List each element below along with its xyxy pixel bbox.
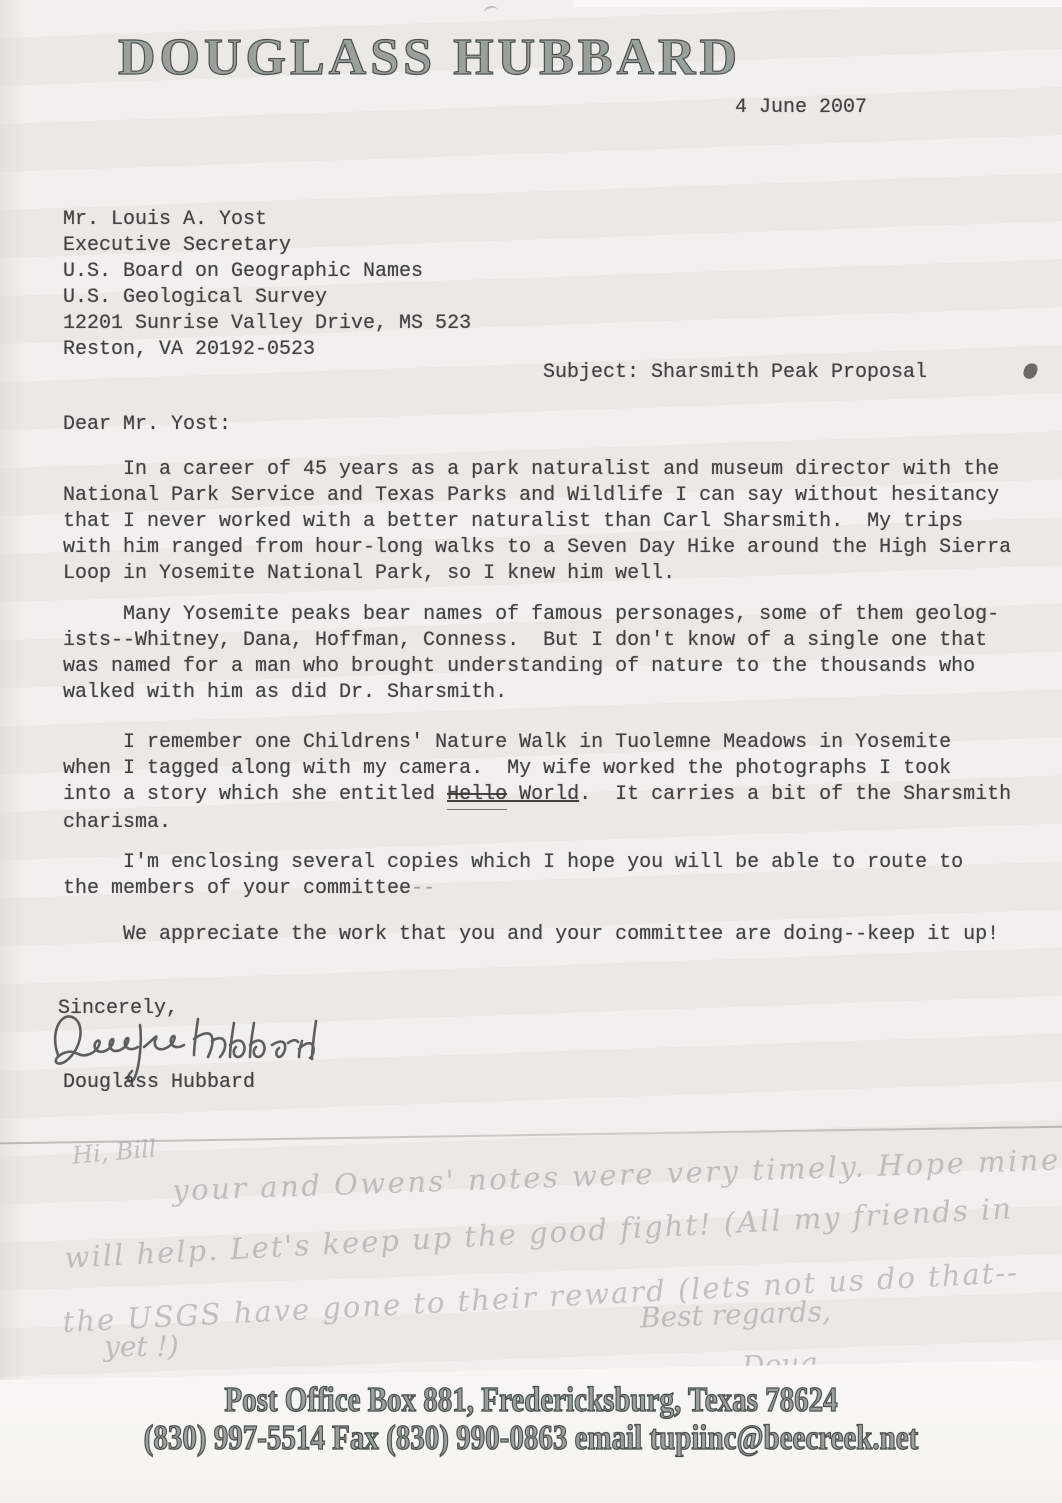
typed-signature-name: Douglass Hubbard	[63, 1070, 255, 1096]
salutation: Dear Mr. Yost:	[63, 412, 231, 438]
paragraph-enclosing: I'm enclosing several copies which I hop…	[63, 850, 963, 902]
letterhead-name: DOUGLASS HUBBARD	[118, 28, 741, 87]
pencil-note-greeting: Hi, Bill	[71, 1134, 158, 1169]
paper-crease-line	[0, 1125, 1062, 1144]
paragraph-peaks: Many Yosemite peaks bear names of famous…	[63, 602, 999, 706]
pencil-note-line4: the USGS have gone to their reward (lets…	[62, 1255, 1020, 1339]
subject-line: Subject: Sharsmith Peak Proposal	[543, 360, 927, 386]
letter-date: 4 June 2007	[735, 95, 867, 121]
scan-smudge-mark	[483, 5, 499, 19]
paragraph-enclosing-text: I'm enclosing several copies which I hop…	[63, 851, 963, 900]
strikethrough-word-hello: Hello	[447, 782, 507, 810]
underlined-word-world: World	[507, 783, 579, 806]
paragraph-career: In a career of 45 years as a park natura…	[63, 457, 1011, 587]
scan-edge-sliver	[573, 0, 1062, 7]
paragraph-nature-walk: I remember one Childrens' Nature Walk in…	[63, 730, 1011, 836]
footer-address: Post Office Box 881, Fredericksburg, Tex…	[0, 1380, 1062, 1420]
faded-dash-mark: --	[411, 877, 435, 900]
scanned-letter-page: DOUGLASS HUBBARD 4 June 2007 Mr. Louis A…	[0, 0, 1062, 1503]
paragraph-appreciate: We appreciate the work that you and your…	[63, 922, 999, 948]
footer-letterhead-band: Post Office Box 881, Fredericksburg, Tex…	[0, 1356, 1062, 1503]
footer-contact: (830) 997-5514 Fax (830) 990-0863 email …	[0, 1418, 1062, 1458]
ink-blob-artifact	[1022, 361, 1039, 380]
pencil-note-regards: Best regards,	[639, 1295, 831, 1335]
pencil-note-line5: yet !)	[104, 1330, 179, 1363]
recipient-address: Mr. Louis A. Yost Executive Secretary U.…	[63, 207, 471, 363]
